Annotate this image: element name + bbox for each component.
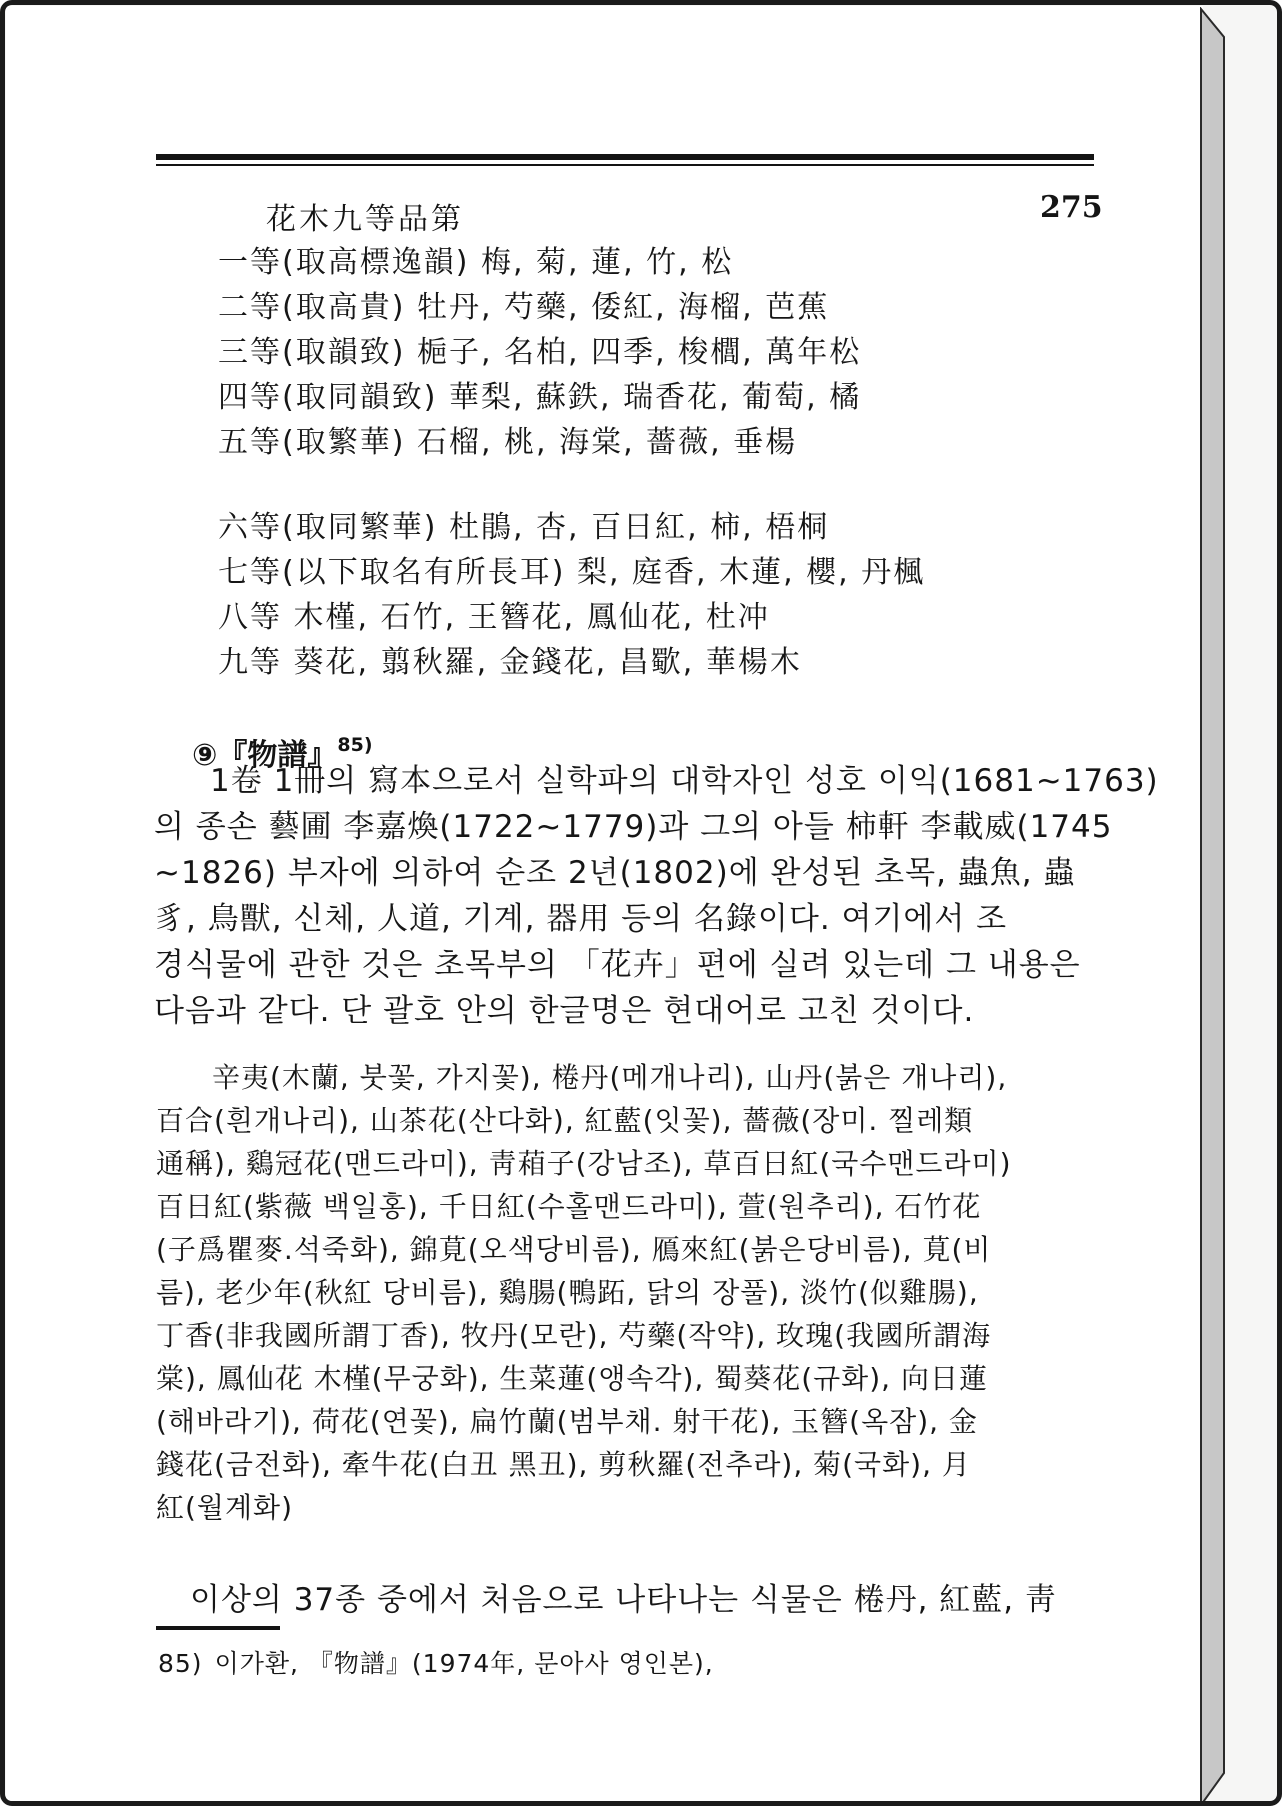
footnote: 85)이가환, 『物譜』(1974年, 문아사 영인본), <box>158 1644 714 1680</box>
list-gap <box>218 465 925 505</box>
footnote-text: 이가환, 『物譜』(1974年, 문아사 영인본), <box>215 1649 714 1678</box>
grade-line: 三等(取韻致) 梔子, 名柏, 四季, 梭櫚, 萬年松 <box>218 330 925 375</box>
page-heading: 花木九等品第 <box>266 194 464 238</box>
paragraph-line: 1卷 1冊의 寫本으로서 실학파의 대학자인 성호 이익(1681~1763) <box>154 758 1099 804</box>
plant-line: (해바라기), 荷花(연꽃), 扁竹蘭(범부채. 射干花), 玉簪(옥잠), 金 <box>156 1400 1101 1443</box>
page-edge <box>1199 7 1227 1806</box>
paragraph-line: 다음과 같다. 단 괄호 안의 한글명은 현대어로 고친 것이다. <box>154 988 1099 1034</box>
grade-line: 四等(取同韻致) 華梨, 蘇鉄, 瑞香花, 葡萄, 橘 <box>218 375 925 420</box>
closing-sentence: 이상의 37종 중에서 처음으로 나타나는 식물은 棬丹, 紅藍, 靑 <box>154 1574 1057 1619</box>
grade-line: 六等(取同繁華) 杜鵑, 杏, 百日紅, 柿, 梧桐 <box>218 505 925 550</box>
plant-line: 름), 老少年(秋紅 당비름), 鷄腸(鴨跖, 닭의 장풀), 淡竹(似雞腸), <box>156 1271 1101 1314</box>
footnote-reference: 85) <box>337 734 372 756</box>
grade-line: 九等 葵花, 翦秋羅, 金錢花, 昌歜, 華楊木 <box>218 640 925 685</box>
document-page: 花木九等品第 275 一等(取高標逸韻) 梅, 菊, 蓮, 竹, 松 二等(取高… <box>6 6 1203 1802</box>
plant-line: 辛夷(木蘭, 붓꽃, 가지꽃), 棬丹(메개나리), 山丹(붉은 개나리), <box>156 1056 1101 1099</box>
footnote-label: 85) <box>158 1649 203 1678</box>
page-number: 275 <box>1040 190 1103 225</box>
plant-line: 百日紅(紫薇 백일홍), 千日紅(수홀맨드라미), 萱(원추리), 石竹花 <box>156 1185 1101 1228</box>
plant-line: 百合(흰개나리), 山茶花(산다화), 紅藍(잇꽃), 薔薇(장미. 찔레類 <box>156 1099 1101 1142</box>
footnote-rule <box>156 1626 280 1630</box>
grade-line: 一等(取高標逸韻) 梅, 菊, 蓮, 竹, 松 <box>218 240 925 285</box>
plant-name-list: 辛夷(木蘭, 붓꽃, 가지꽃), 棬丹(메개나리), 山丹(붉은 개나리), 百… <box>156 1056 1101 1529</box>
grade-line: 七等(以下取名有所長耳) 梨, 庭香, 木蓮, 櫻, 丹楓 <box>218 550 925 595</box>
plant-line: 棠), 鳳仙花 木槿(무궁화), 生菜蓮(앵속각), 蜀葵花(규화), 向日蓮 <box>156 1357 1101 1400</box>
paragraph-line: 豸, 鳥獸, 신체, 人道, 기계, 器用 등의 名錄이다. 여기에서 조 <box>154 896 1099 942</box>
plant-line: 丁香(非我國所謂丁香), 牧丹(모란), 芍藥(작약), 玫瑰(我國所謂海 <box>156 1314 1101 1357</box>
plant-line: 錢花(금전화), 牽牛花(白丑 黑丑), 剪秋羅(전추라), 菊(국화), 月 <box>156 1443 1101 1486</box>
paragraph-line: 경식물에 관한 것은 초목부의 「花卉」편에 실려 있는데 그 내용은 <box>154 942 1099 988</box>
plant-line: 紅(월계화) <box>156 1486 1101 1529</box>
paragraph-line: 의 종손 藝圃 李嘉煥(1722~1779)과 그의 아들 柿軒 李載威(174… <box>154 804 1099 850</box>
header-double-rule <box>156 154 1094 166</box>
grade-line: 二等(取高貴) 牡丹, 芍藥, 倭紅, 海榴, 芭蕉 <box>218 285 925 330</box>
body-paragraph: 1卷 1冊의 寫本으로서 실학파의 대학자인 성호 이익(1681~1763) … <box>154 758 1099 1034</box>
plant-line: (子爲瞿麥.석죽화), 錦莧(오색당비름), 鴈來紅(붉은당비름), 莧(비 <box>156 1228 1101 1271</box>
plant-line: 通稱), 鷄冠花(맨드라미), 靑葙子(강남조), 草百日紅(국수맨드라미) <box>156 1142 1101 1185</box>
scanned-book-page-frame: 花木九等品第 275 一等(取高標逸韻) 梅, 菊, 蓮, 竹, 松 二等(取高… <box>0 0 1282 1806</box>
grade-line: 五等(取繁華) 石榴, 桃, 海棠, 薔薇, 垂楊 <box>218 420 925 465</box>
flower-grade-list: 一等(取高標逸韻) 梅, 菊, 蓮, 竹, 松 二等(取高貴) 牡丹, 芍藥, … <box>218 240 925 685</box>
paragraph-line: ~1826) 부자에 의하여 순조 2년(1802)에 완성된 초목, 蟲魚, … <box>154 850 1099 896</box>
grade-line: 八等 木槿, 石竹, 王簪花, 鳳仙花, 杜冲 <box>218 595 925 640</box>
